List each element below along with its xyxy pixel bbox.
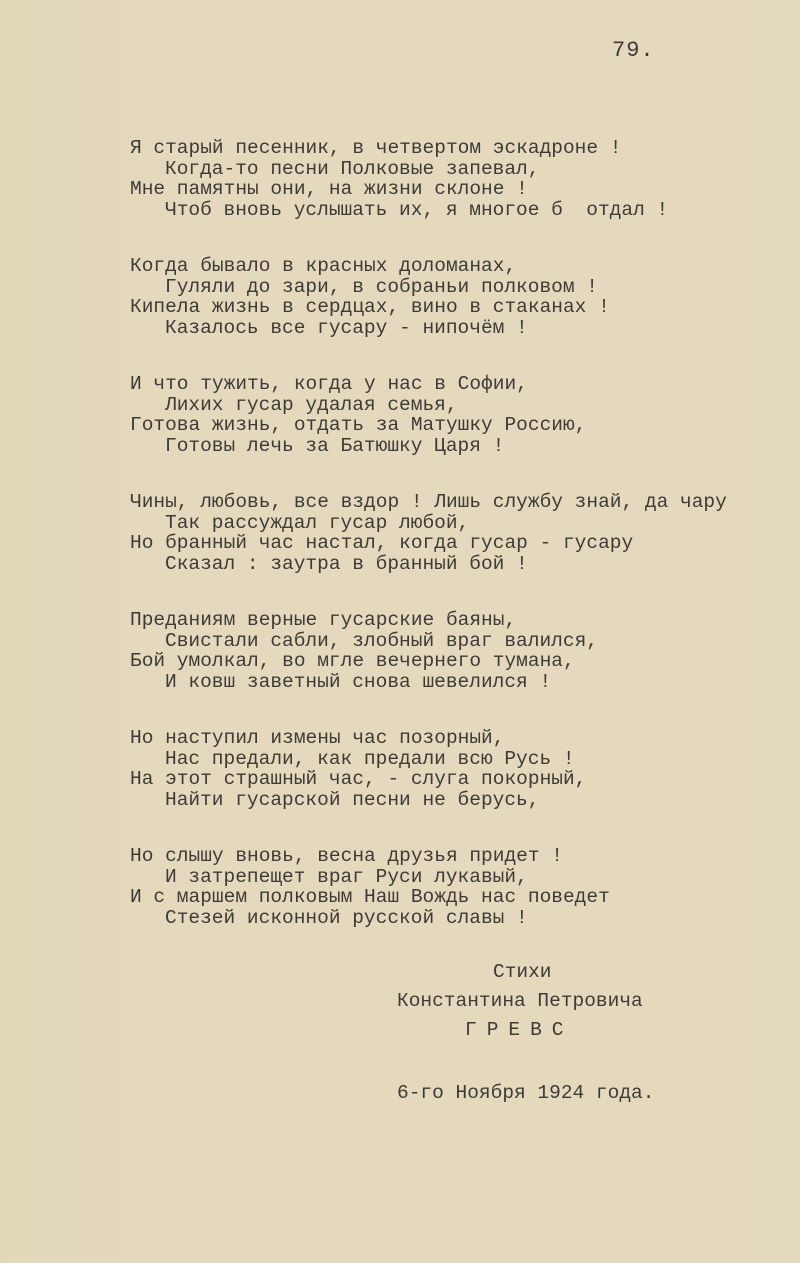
poem-line: Так рассуждал гусар любой, [130,513,770,534]
poem-line: И с маршем полковым Наш Вождь нас поведе… [130,887,770,908]
poem-line: Готовы лечь за Батюшку Царя ! [130,436,770,457]
signature-label: Стихи [380,958,680,987]
poem-line: На этот страшный час, - слуга покорный, [130,769,770,790]
poem-line: Когда бывало в красных доломанах, [130,256,770,277]
document-page: 79. Я старый песенник, в четвертом эскад… [0,0,800,1263]
poem-line: Найти гусарской песни не берусь, [130,790,770,811]
poem-line: И ковш заветный снова шевелился ! [130,672,770,693]
page-number: 79. [612,38,655,63]
poem-line: Чтоб вновь услышать их, я многое б отдал… [130,200,770,221]
stanza: Я старый песенник, в четвертом эскадроне… [130,138,770,220]
poem-line: Но наступил измены час позорный, [130,728,770,749]
stanza: Но слышу вновь, весна друзья придет ! И … [130,846,770,928]
author-name: Константина Петровича [380,987,680,1016]
stanza: И что тужить, когда у нас в Софии, Лихих… [130,374,770,456]
poem-line: Стезей исконной русской славы ! [130,908,770,929]
poem: Я старый песенник, в четвертом эскадроне… [130,138,770,964]
poem-line: Лихих гусар удалая семья, [130,395,770,416]
author-surname: ГРЕВС [380,1016,680,1045]
poem-line: Нас предали, как предали всю Русь ! [130,749,770,770]
document-date: 6-го Ноября 1924 года. [397,1082,654,1104]
poem-line: Но слышу вновь, весна друзья придет ! [130,846,770,867]
poem-line: Мне памятны они, на жизни склоне ! [130,179,770,200]
poem-line: Когда-то песни Полковые запевал, [130,159,770,180]
poem-line: Гуляли до зари, в собраньи полковом ! [130,277,770,298]
poem-line: Но бранный час настал, когда гусар - гус… [130,533,770,554]
stanza: Чины, любовь, все вздор ! Лишь службу зн… [130,492,770,574]
poem-line: Казалось все гусару - нипочём ! [130,318,770,339]
poem-line: Кипела жизнь в сердцах, вино в стаканах … [130,297,770,318]
stanza: Но наступил измены час позорный, Нас пре… [130,728,770,810]
stanza: Когда бывало в красных доломанах, Гуляли… [130,256,770,338]
stanza: Преданиям верные гусарские баяны, Свиста… [130,610,770,692]
poem-line: Сказал : заутра в бранный бой ! [130,554,770,575]
poem-line: Я старый песенник, в четвертом эскадроне… [130,138,770,159]
signature-block: Стихи Константина Петровича ГРЕВС [380,958,680,1045]
poem-line: Бой умолкал, во мгле вечернего тумана, [130,651,770,672]
poem-line: Свистали сабли, злобный враг валился, [130,631,770,652]
poem-line: И затрепещет враг Руси лукавый, [130,867,770,888]
poem-line: И что тужить, когда у нас в Софии, [130,374,770,395]
poem-line: Готова жизнь, отдать за Матушку Россию, [130,415,770,436]
poem-line: Преданиям верные гусарские баяны, [130,610,770,631]
poem-line: Чины, любовь, все вздор ! Лишь службу зн… [130,492,770,513]
